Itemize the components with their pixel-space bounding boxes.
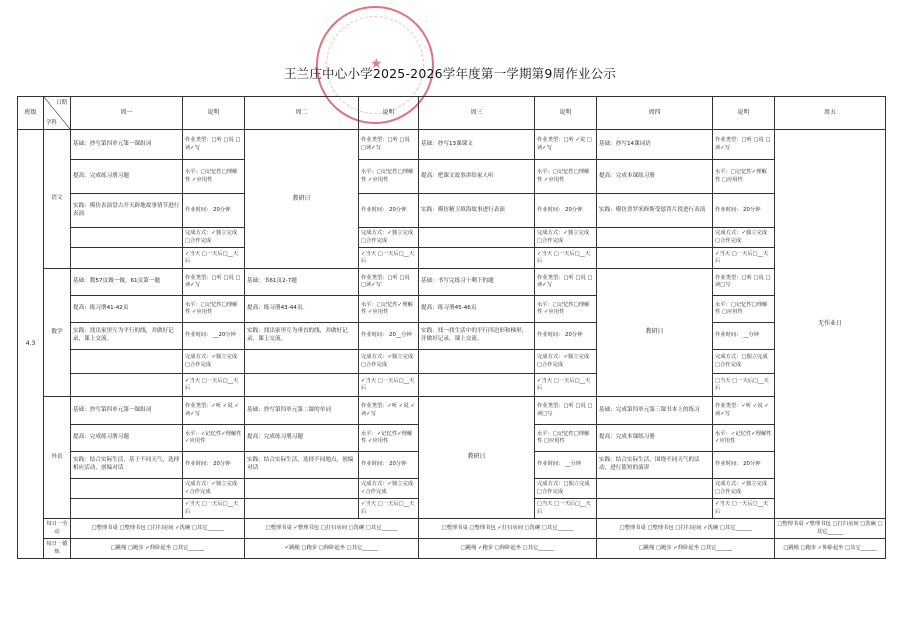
no-homework-cell: 无作业日 [775,130,886,519]
note-cell: 完成方式：✓独立完成 □合作完成 [535,350,597,374]
task-cell: 基础：抄写第四单元第一课组词 [71,397,183,425]
note-cell: 作业时间： 20__分钟 [359,323,419,350]
note-cell: 完成方式：✓独立完成 ✓合作完成 [359,479,419,499]
daily-labor-mon: □整理书桌 □整理书包 □打扫房间 ✓洗碗 □其它______ [71,519,245,539]
note-cell: ✓当天 □一天后□__天后 [359,499,419,519]
task-cell [419,350,535,374]
note-cell: 作业类型：✓听 ✓说 ✓读✓写 [359,397,419,425]
note-cell: 作业类型：✓听 ✓说 ✓读✓写 [713,397,775,425]
daily-exercise-wed: □跳绳 ✓跑步 □仰卧起坐 □其它______ [419,539,597,559]
note-cell: 作业类型：□听 □说 □读□写 [535,397,597,425]
note-cell: 作业时间： 20分钟 [183,194,245,228]
note-cell: 完成方式：□独立完成 □合作完成 [535,479,597,499]
note-cell: 作业类型：□听 □说 □读✓写 [535,269,597,296]
task-cell [419,228,535,248]
header-note: 说明 [359,97,419,130]
task-cell: 实践：模仿精卫填海故事进行表演 [419,194,535,228]
page-title: 王兰庄中心小学2025-2026学年度第一学期第9周作业公示 [0,64,900,82]
note-cell: ✓当天 □一天后□__天后 [535,248,597,269]
note-cell: 完成方式：✓独立完成 □合作完成 [359,350,419,374]
task-cell: 提高：练习册43-44页。 [245,296,359,323]
task-cell [71,350,183,374]
header-diagonal: 日期 学科 [44,97,71,130]
table-row: 实践：模仿表演盘古开天辟地故事情节进行表演作业时间： 20分钟作业时间： 20分… [18,194,886,228]
table-row: ✓当天 □一天后□__天后✓当天 □一天后□__天后✓当天 □一天后□__天后□… [18,374,886,397]
note-cell: 作业时间： 20分钟 [713,452,775,479]
task-cell [597,228,713,248]
task-cell: 基础：数57页做一做，61页第一题 [71,269,183,296]
note-cell: 作业时间： 20分钟 [713,194,775,228]
task-cell [71,479,183,499]
task-cell: 实践：找出家里互为垂直的线，并做好记录，课上交流。 [245,323,359,350]
table-row: 4.3语文基础：抄写第四单元第一课组词作业类型：□听 □说 □读✓写教研日作业类… [18,130,886,160]
note-cell: 水平：□记忆性✓理解性 ✓应用性 [359,296,419,323]
daily-labor-thu: □整理书桌 □整理书包 □打扫房间 ✓洗碗 □其它______ [597,519,775,539]
daily-exercise-tue: ✓跳绳 □跑步 □仰卧起坐 □其它______ [245,539,419,559]
task-cell: 基础：抄写14课词语 [597,130,713,160]
daily-exercise-mon: □跳绳 □跑步 ✓仰卧起坐 □其它______ [71,539,245,559]
header-note: 说明 [713,97,775,130]
header-thu: 周四 [597,97,713,130]
table-row: 完成方式：✓独立完成 □合作完成完成方式：✓独立完成 □合作完成完成方式：✓独立… [18,228,886,248]
daily-labor-fri: □整理书桌 ✓整理书包 □打扫房间 □洗碗 □其它______ [775,519,886,539]
task-cell: 提高：练习册45-46页 [419,296,535,323]
task-cell [245,479,359,499]
note-cell: ✓当天 □一天后□__天后 [183,499,245,519]
note-cell: 水平：□记忆性□理解性 ✓应用性 [359,160,419,194]
note-cell: 作业时间： __分钟 [535,452,597,479]
task-cell: 实践：模仿表演盘古开天辟地故事情节进行表演 [71,194,183,228]
daily-labor-label: 每日一劳动 [44,519,71,539]
note-cell: 完成方式：✓独立完成 □合作完成 [713,479,775,499]
note-cell: ✓当天 □一天后□__天后 [183,248,245,269]
note-cell: 完成方式：✓独立完成 □合作完成 [535,228,597,248]
daily-exercise-fri: □跳绳 □跑步 ✓仰卧起坐 □其它______ [775,539,886,559]
task-cell: 提高：练习册41-42页 [71,296,183,323]
task-cell: 实践：结合实际生活，围绕不同天气的活动，进行简短的演讲 [597,452,713,479]
task-cell: 提高：把课文故事讲给家人听 [419,160,535,194]
header-note: 说明 [183,97,245,130]
daily-exercise-thu: □跳绳 □跑步 ✓仰卧起坐 □其它______ [597,539,775,559]
header-note: 说明 [535,97,597,130]
task-cell: 提高：完成练习册习题 [245,425,359,452]
task-cell: 提高：完成本课练习册 [597,425,713,452]
task-cell: 基础：书写完练习十剩下的题 [419,269,535,296]
table-row: 完成方式：✓独立完成 □合作完成完成方式：✓独立完成 □合作完成完成方式：✓独立… [18,350,886,374]
task-cell [71,499,183,519]
task-cell: 实践：找一找生活中的平行四边形和梯形，并做好记录，课上交流。 [419,323,535,350]
note-cell: 水平：□记忆性□理解性 ✓应用性 [183,296,245,323]
note-cell: 水平：□记忆性□理解性 □应用性 [713,296,775,323]
task-cell [71,228,183,248]
daily-labor-row: 每日一劳动□整理书桌 □整理书包 □打扫房间 ✓洗碗 □其它______□整理书… [18,519,886,539]
note-cell: 完成方式：✓独立完成 □合作完成 [359,228,419,248]
daily-exercise-row: 每日一锻炼□跳绳 □跑步 ✓仰卧起坐 □其它______✓跳绳 □跑步 □仰卧起… [18,539,886,559]
task-cell: 提高：完成练习册习题 [71,160,183,194]
table-row: 提高：练习册41-42页水平：□记忆性□理解性 ✓应用性提高：练习册43-44页… [18,296,886,323]
table-row: 提高：完成练习册习题水平：□记忆性□理解性 ✓应用性水平：□记忆性□理解性 ✓应… [18,160,886,194]
task-cell [245,374,359,397]
table-row: 数学基础：数57页做一做，61页第一题作业类型：□听 □说 □读✓写基础：书61… [18,269,886,296]
note-cell: 作业类型：□听 □说 □读□写 [713,269,775,296]
note-cell: 水平：□记忆性□理解性 ✓应用性 [183,160,245,194]
header-wed: 周三 [419,97,535,130]
note-cell: 作业时间： __分钟 [713,323,775,350]
note-cell: ✓当天 □一天后□__天后 [535,374,597,397]
note-cell: 水平：□记忆性□理解性 ✓应用性 [535,296,597,323]
header-fri: 周五 [775,97,886,130]
note-cell: 完成方式：✓独立完成 □合作完成 [183,228,245,248]
note-cell: □当天 □一天后□__天后 [713,374,775,397]
task-cell: 实践：结合实际生活，基于不同天气，选择相应活动，创编对话 [71,452,183,479]
task-cell [597,499,713,519]
task-cell: 提高：完成练习册习题 [71,425,183,452]
note-cell: 作业时间： 20分钟 [359,452,419,479]
daily-labor-tue: □整理书桌 ✓整理书包 □打扫房间 □洗碗 □其它______ [245,519,419,539]
task-cell [245,499,359,519]
note-cell: ✓当天 □一天后□__天后 [713,499,775,519]
note-cell: 完成方式：□独立完成 □合作完成 [713,350,775,374]
note-cell: 作业类型：□听 □说 □读✓写 [183,130,245,160]
task-cell: 实践：结合实际生活，选择不同地点，创编对话 [245,452,359,479]
task-cell [71,374,183,397]
note-cell: 作业类型：□听 ✓说 □读✓写 [535,130,597,160]
task-cell: 基础：抄写第四单元第一课组词 [71,130,183,160]
header-mon: 周一 [71,97,183,130]
task-cell: 提高：完成本课练习册 [597,160,713,194]
task-cell [597,248,713,269]
daily-exercise-label: 每日一锻炼 [44,539,71,559]
task-cell [419,248,535,269]
note-cell: 作业类型：□听 □说 □读✓写 [359,130,419,160]
note-cell: 完成方式：✓独立完成 □合作完成 [183,350,245,374]
note-cell: ✓当天 □一天后□__天后 [713,248,775,269]
note-cell: 作业类型：✓听 ✓说 ✓读✓写 [183,397,245,425]
note-cell: 完成方式：✓独立完成 ✓合作完成 [183,479,245,499]
task-cell: 基础：完成第四单元第三课书本上的练习 [597,397,713,425]
homework-table: 班级 日期 学科 周一 说明 周二 说明 周三 说明 周四 说明 周五 4.3语… [17,96,886,559]
note-cell: 作业时间： 20分钟 [535,323,597,350]
task-cell [245,350,359,374]
task-cell: 实践：找出家里互为平行的线，并做好记录，课上交流。 [71,323,183,350]
daily-labor-wed: □整理书桌 □整理书包 ✓打扫房间 □洗碗 □其它______ [419,519,597,539]
task-cell [71,248,183,269]
note-cell: 作业时间： 20分钟 [183,452,245,479]
note-cell: 作业类型：□听 □说 □读✓写 [713,130,775,160]
task-cell [597,479,713,499]
table-row: 实践：找出家里互为平行的线，并做好记录，课上交流。作业时间： __20分钟实践：… [18,323,886,350]
subject-name: 外语 [44,397,71,519]
note-cell: 水平：□记忆性✓理解性 □应用性 [713,160,775,194]
research-day-cell: 教研日 [597,269,713,397]
note-cell: ✓当天 □一天后□__天后 [359,374,419,397]
note-cell: 水平：□记忆性□理解性 □应用性 [535,425,597,452]
note-cell: 作业时间： 20分钟 [359,194,419,228]
research-day-cell: 教研日 [419,397,535,519]
header-date-label: 日期 [56,100,67,107]
subject-name: 语文 [44,130,71,269]
note-cell: □当天 □一天后□__天后 [535,499,597,519]
table-row: ✓当天 □一天后□__天后✓当天 □一天后□__天后✓当天 □一天后□__天后✓… [18,248,886,269]
task-cell [419,374,535,397]
subject-name: 数学 [44,269,71,397]
note-cell: 完成方式：✓独立完成 □合作完成 [713,228,775,248]
note-cell: 作业类型：□听 □说 □读✓写 [183,269,245,296]
grade-cell: 4.3 [18,130,44,559]
task-cell: 实践：模仿普罗米修斯受惩罚片段进行表演 [597,194,713,228]
header-subject-label: 学科 [46,120,57,127]
note-cell: ✓当天 □一天后□__天后 [359,248,419,269]
note-cell: 水平：✓记忆性✓理解性 ✓应用性 [359,425,419,452]
research-day-cell: 教研日 [245,130,359,269]
note-cell: 水平：□记忆性□理解性 ✓应用性 [535,160,597,194]
note-cell: 水平：✓记忆性✓理解性 ✓应用性 [183,425,245,452]
note-cell: ✓当天 □一天后□__天后 [183,374,245,397]
note-cell: 作业类型：□听 □说 □读✓写 [359,269,419,296]
task-cell: 基础：抄写第四单元第二课的单词 [245,397,359,425]
note-cell: 作业时间： __20分钟 [183,323,245,350]
task-cell: 基础：抄写13课课文 [419,130,535,160]
header-tue: 周二 [245,97,359,130]
header-class: 班级 [18,97,44,130]
note-cell: 水平：✓记忆性✓理解性 ✓应用性 [713,425,775,452]
note-cell: 作业时间： 20分钟 [535,194,597,228]
task-cell: 基础：书61页2-7题 [245,269,359,296]
table-row: 外语基础：抄写第四单元第一课组词作业类型：✓听 ✓说 ✓读✓写基础：抄写第四单元… [18,397,886,425]
